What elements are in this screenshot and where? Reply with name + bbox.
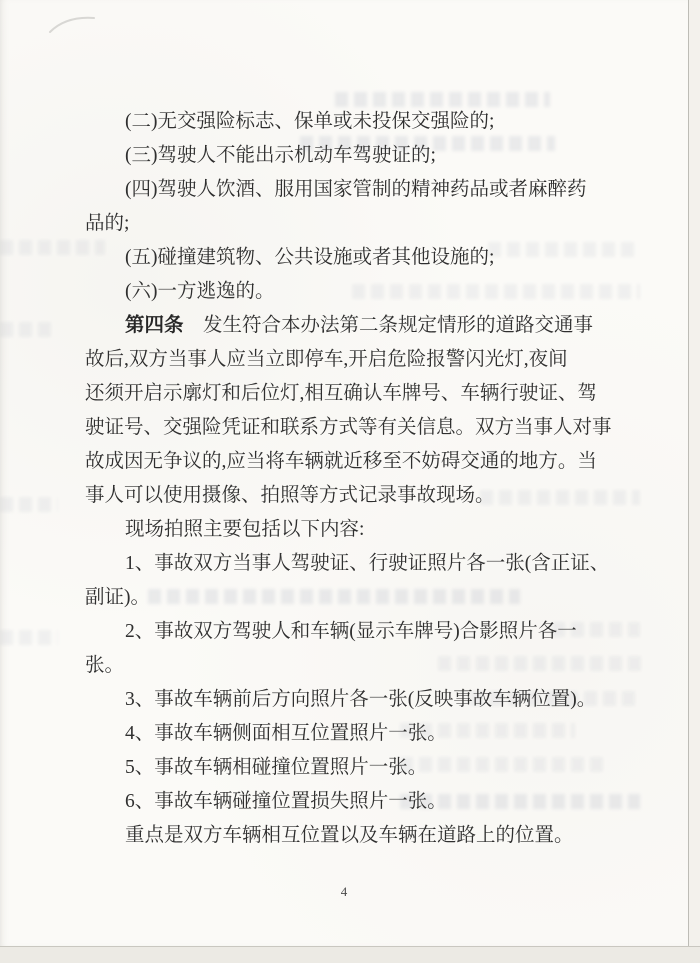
text-line: 副证)。 <box>85 581 617 615</box>
text-line: 故后,双方当事人应当立即停车,开启危险报警闪光灯,夜间 <box>85 343 617 377</box>
bleedthrough-text-artifact <box>0 630 58 645</box>
bleedthrough-text-artifact <box>0 322 55 337</box>
text-line: 还须开启示廓灯和后位灯,相互确认车牌号、车辆行驶证、驾 <box>85 377 617 411</box>
text-line: 4、事故车辆侧面相互位置照片一张。 <box>85 717 617 751</box>
text-line: 事人可以使用摄像、拍照等方式记录事故现场。 <box>85 479 617 513</box>
bleedthrough-text-artifact <box>0 497 58 512</box>
scan-edge-bottom <box>0 946 700 963</box>
article-number: 第四条 <box>125 315 184 336</box>
text-line: (六)一方逃逸的。 <box>85 275 617 309</box>
text-line: 5、事故车辆相碰撞位置照片一张。 <box>85 751 617 785</box>
document-body: (二)无交强险标志、保单或未投保交强险的; (三)驾驶人不能出示机动车驾驶证的;… <box>85 105 617 853</box>
text-line: 故成因无争议的,应当将车辆就近移至不妨碍交通的地方。当 <box>85 445 617 479</box>
scan-edge-right <box>689 0 700 946</box>
text-line: 品的; <box>85 207 617 241</box>
text-line: 2、事故双方驾驶人和车辆(显示车牌号)合影照片各一 <box>85 615 617 649</box>
text-line: 张。 <box>85 649 617 683</box>
pencil-stroke-artifact <box>48 10 98 36</box>
text-line: 第四条 发生符合本办法第二条规定情形的道路交通事 <box>85 309 617 343</box>
text-line: 现场拍照主要包括以下内容: <box>85 513 617 547</box>
article-text: 发生符合本办法第二条规定情形的道路交通事 <box>184 315 594 336</box>
text-line: (三)驾驶人不能出示机动车驾驶证的; <box>85 139 617 173</box>
scanned-document-page: (二)无交强险标志、保单或未投保交强险的; (三)驾驶人不能出示机动车驾驶证的;… <box>0 0 689 946</box>
text-line: 1、事故双方当事人驾驶证、行驶证照片各一张(含正证、 <box>85 547 617 581</box>
text-line: (二)无交强险标志、保单或未投保交强险的; <box>85 105 617 139</box>
page-number: 4 <box>0 884 688 900</box>
text-line: (四)驾驶人饮酒、服用国家管制的精神药品或者麻醉药 <box>85 173 617 207</box>
text-line: 6、事故车辆碰撞位置损失照片一张。 <box>85 785 617 819</box>
text-line: (五)碰撞建筑物、公共设施或者其他设施的; <box>85 241 617 275</box>
text-line: 驶证号、交强险凭证和联系方式等有关信息。双方当事人对事 <box>85 411 617 445</box>
text-line: 重点是双方车辆相互位置以及车辆在道路上的位置。 <box>85 819 617 853</box>
text-line: 3、事故车辆前后方向照片各一张(反映事故车辆位置)。 <box>85 683 617 717</box>
